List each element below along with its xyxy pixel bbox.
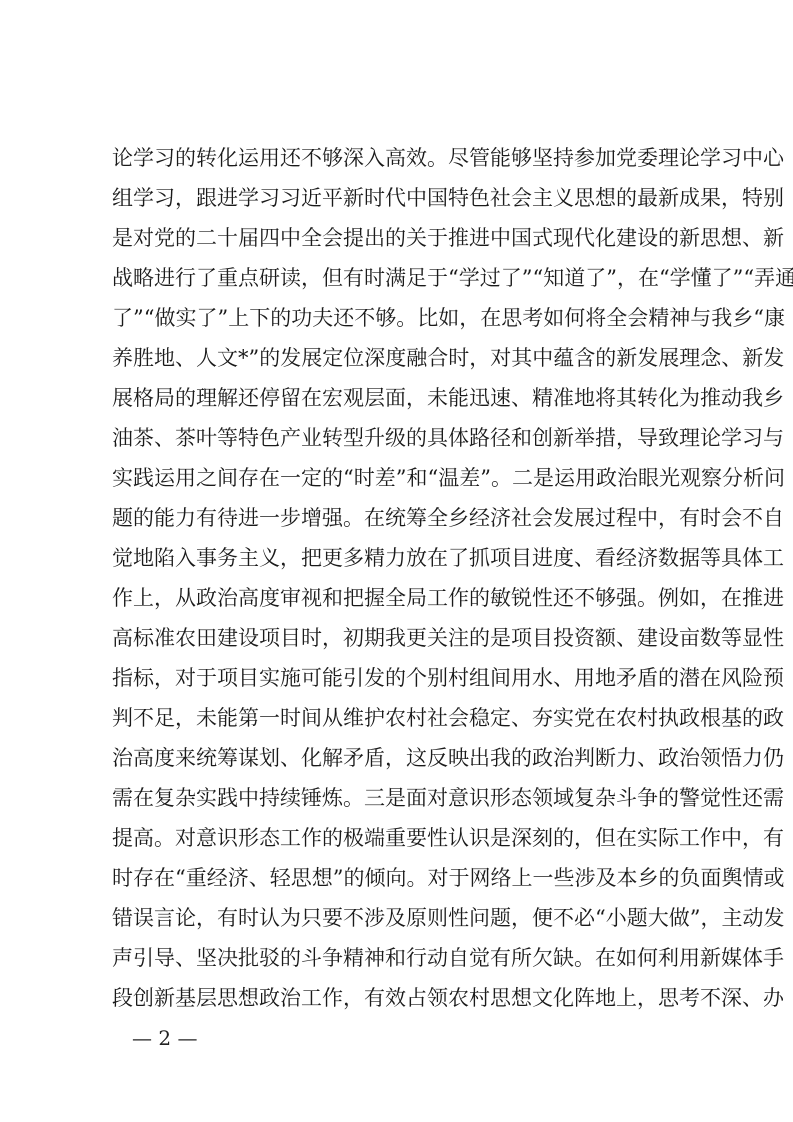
text-line: 实践运用之间存在一定的“时差”和“温差”。二是运用政治眼光观察分析问	[112, 458, 692, 498]
text-line: 养胜地、人文*”的发展定位深度融合时，对其中蕴含的新发展理念、新发	[112, 338, 692, 378]
text-line: 指标，对于项目实施可能引发的个别村组间用水、用地矛盾的潜在风险预	[112, 658, 692, 698]
text-line: 了”“做实了”上下的功夫还不够。比如，在思考如何将全会精神与我乡“康	[112, 298, 692, 338]
page-number: — 2 —	[132, 1024, 197, 1052]
text-line: 觉地陷入事务主义，把更多精力放在了抓项目进度、看经济数据等具体工	[112, 538, 692, 578]
text-line: 错误言论，有时认为只要不涉及原则性问题，便不必“小题大做”，主动发	[112, 898, 692, 938]
document-page: 论学习的转化运用还不够深入高效。尽管能够坚持参加党委理论学习中心 组学习，跟进学…	[0, 0, 793, 1122]
text-line: 判不足，未能第一时间从维护农村社会稳定、夯实党在农村执政根基的政	[112, 698, 692, 738]
text-line: 提高。对意识形态工作的极端重要性认识是深刻的，但在实际工作中，有	[112, 818, 692, 858]
text-line: 需在复杂实践中持续锤炼。三是面对意识形态领域复杂斗争的警觉性还需	[112, 778, 692, 818]
body-text: 论学习的转化运用还不够深入高效。尽管能够坚持参加党委理论学习中心 组学习，跟进学…	[112, 138, 692, 1018]
text-line: 声引导、坚决批驳的斗争精神和行动自觉有所欠缺。在如何利用新媒体手	[112, 938, 692, 978]
text-line: 论学习的转化运用还不够深入高效。尽管能够坚持参加党委理论学习中心	[112, 138, 692, 178]
text-line: 作上，从政治高度审视和把握全局工作的敏锐性还不够强。例如，在推进	[112, 578, 692, 618]
text-line: 是对党的二十届四中全会提出的关于推进中国式现代化建设的新思想、新	[112, 218, 692, 258]
text-line: 展格局的理解还停留在宏观层面，未能迅速、精准地将其转化为推动我乡	[112, 378, 692, 418]
text-line: 高标准农田建设项目时，初期我更关注的是项目投资额、建设亩数等显性	[112, 618, 692, 658]
text-line: 组学习，跟进学习习近平新时代中国特色社会主义思想的最新成果，特别	[112, 178, 692, 218]
text-line: 治高度来统筹谋划、化解矛盾，这反映出我的政治判断力、政治领悟力仍	[112, 738, 692, 778]
text-line: 段创新基层思想政治工作，有效占领农村思想文化阵地上，思考不深、办	[112, 978, 692, 1018]
text-line: 时存在“重经济、轻思想”的倾向。对于网络上一些涉及本乡的负面舆情或	[112, 858, 692, 898]
text-line: 战略进行了重点研读，但有时满足于“学过了”“知道了”，在“学懂了”“弄通	[112, 258, 692, 298]
text-line: 题的能力有待进一步增强。在统筹全乡经济社会发展过程中，有时会不自	[112, 498, 692, 538]
text-line: 油茶、茶叶等特色产业转型升级的具体路径和创新举措，导致理论学习与	[112, 418, 692, 458]
